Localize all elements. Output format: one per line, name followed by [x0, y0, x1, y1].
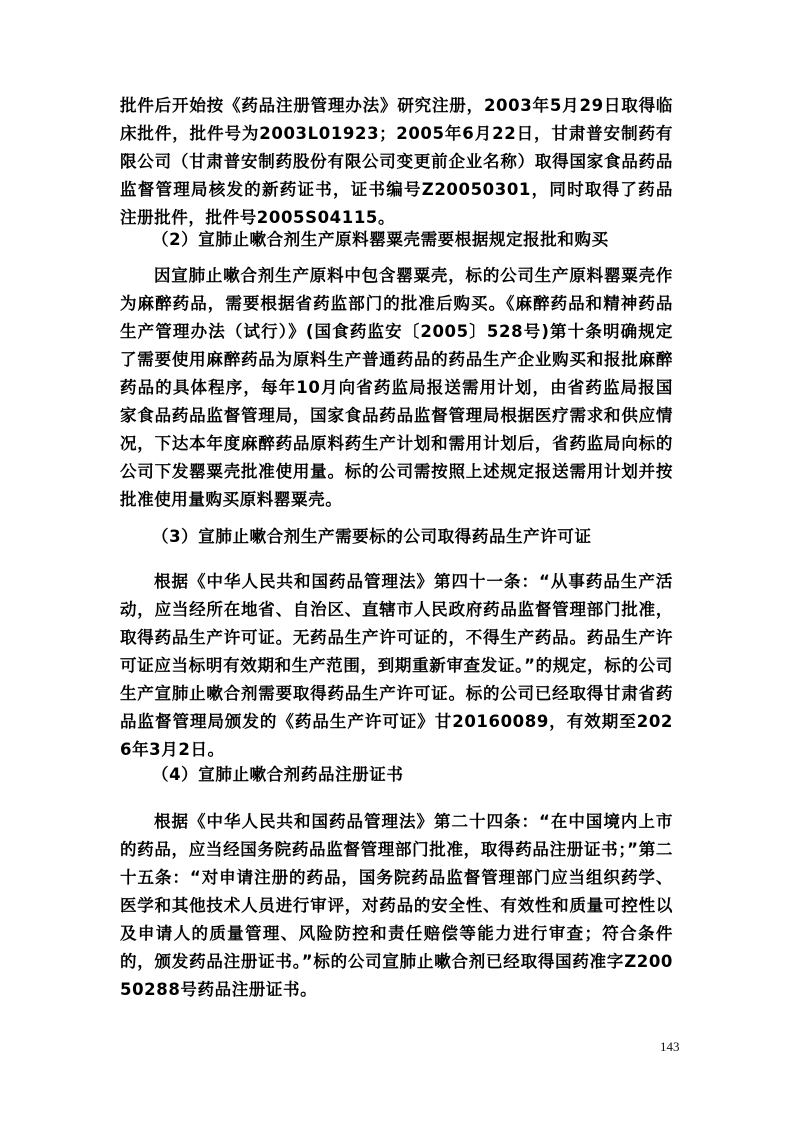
paragraph-text: 根据《中华人民共和国药品管理法》第二十四条：“在中国境内上市的药品，应当经国务院… — [120, 808, 673, 1004]
section-heading-2: （2）宣肺止嗽合剂生产原料罂粟壳需要根据规定报批和购买 — [152, 226, 672, 254]
paragraph-poppy-husk-procurement: 因宣肺止嗽合剂生产原料中包含罂粟壳，标的公司生产原料罂粟壳作为麻醉药品，需要根据… — [120, 262, 673, 514]
paragraph-production-license: 根据《中华人民共和国药品管理法》第四十一条：“从事药品生产活动，应当经所在地省、… — [120, 568, 673, 764]
document-page: 批件后开始按《药品注册管理办法》研究注册，2003年5月29日取得临床批件，批件… — [0, 0, 793, 1122]
paragraph-drug-registration-certificate: 根据《中华人民共和国药品管理法》第二十四条：“在中国境内上市的药品，应当经国务院… — [120, 808, 673, 1004]
paragraph-text: 因宣肺止嗽合剂生产原料中包含罂粟壳，标的公司生产原料罂粟壳作为麻醉药品，需要根据… — [120, 262, 673, 514]
paragraph-registration-history: 批件后开始按《药品注册管理办法》研究注册，2003年5月29日取得临床批件，批件… — [120, 92, 673, 232]
section-heading-3: （3）宣肺止嗽合剂生产需要标的公司取得药品生产许可证 — [152, 523, 672, 551]
paragraph-text: 根据《中华人民共和国药品管理法》第四十一条：“从事药品生产活动，应当经所在地省、… — [120, 568, 673, 764]
section-heading-4: （4）宣肺止嗽合剂药品注册证书 — [152, 761, 672, 789]
paragraph-text: 批件后开始按《药品注册管理办法》研究注册，2003年5月29日取得临床批件，批件… — [120, 92, 673, 232]
page-number: 143 — [660, 1039, 680, 1055]
